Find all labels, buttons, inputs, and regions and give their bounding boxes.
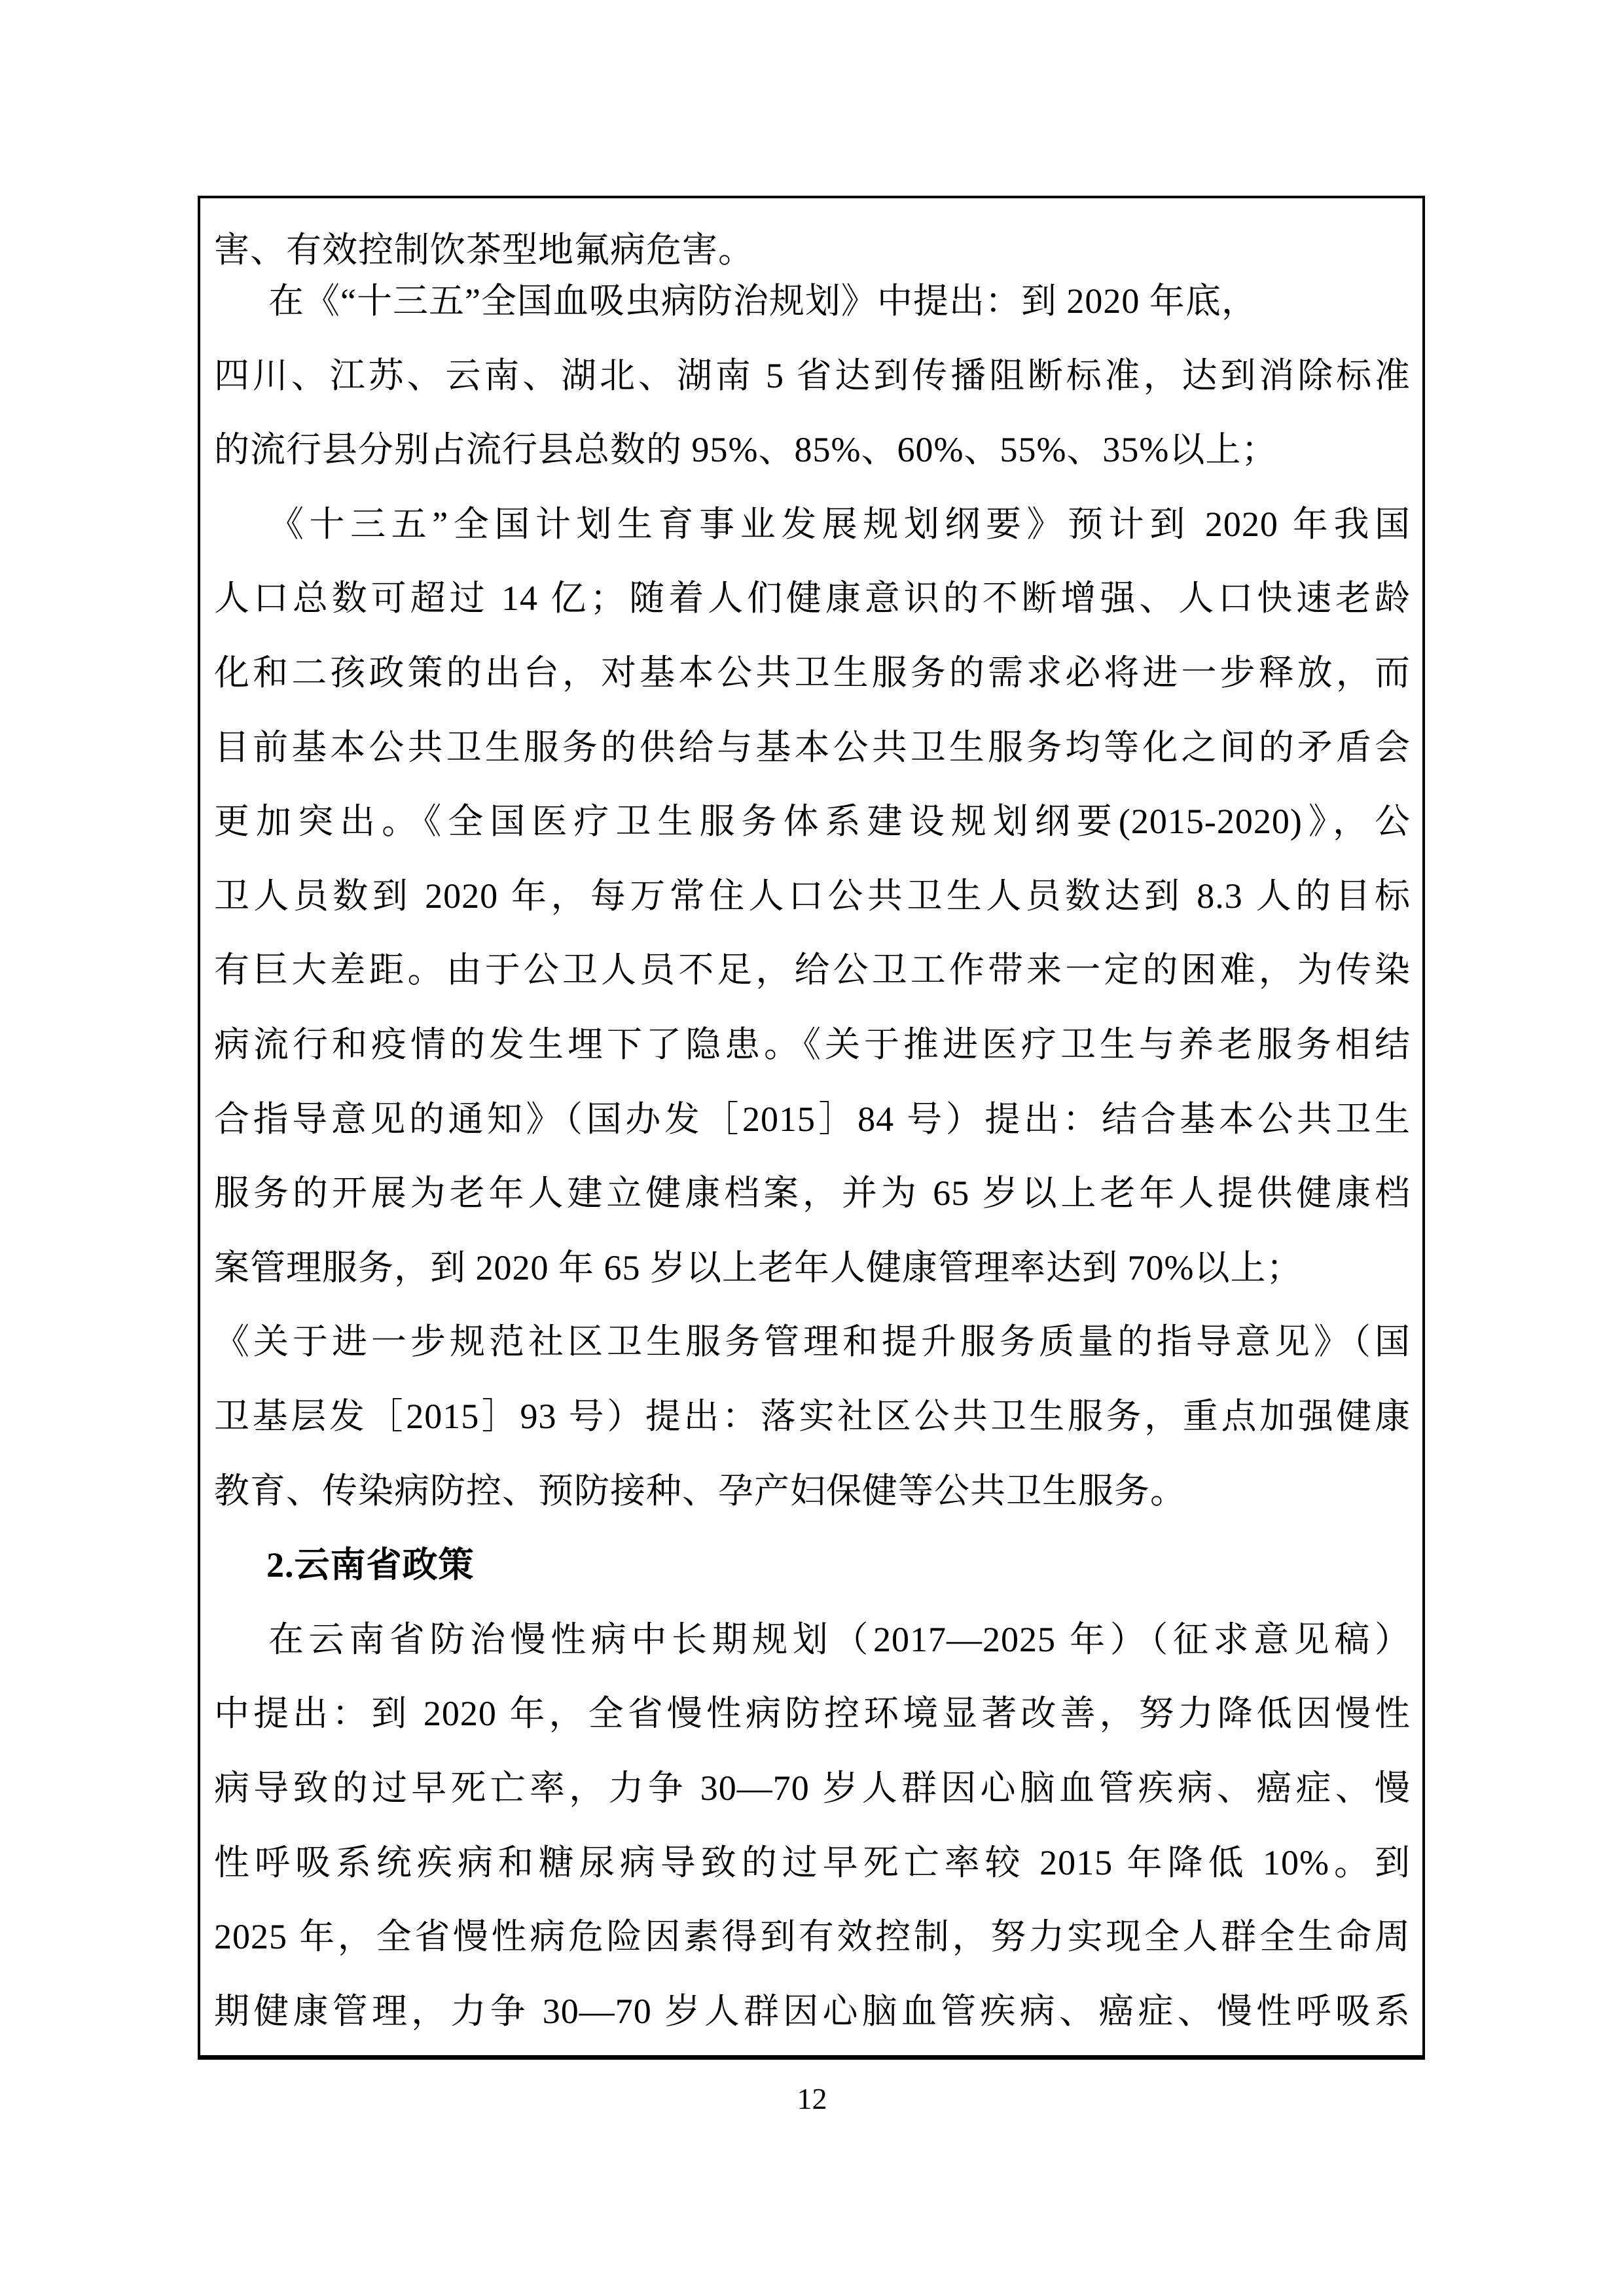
text-line: 更加突出。《全国医疗卫生服务体系建设规划纲要(2015-2020)》，公 xyxy=(214,802,1411,841)
text-line: 性呼吸系统疾病和糖尿病导致的过早死亡率较 2015 年降低 10%。到 xyxy=(214,1843,1411,1882)
text-line: 人口总数可超过 14 亿；随着人们健康意识的不断增强、人口快速老龄 xyxy=(214,579,1411,618)
text-line: 卫基层发［2015］93 号）提出：落实社区公共卫生服务，重点加强健康 xyxy=(214,1397,1411,1436)
text-line: 《十三五”全国计划生育事业发展规划纲要》预计到 2020 年我国 xyxy=(214,505,1411,544)
text-line: 害、有效控制饮茶型地氟病危害。 xyxy=(214,230,1411,270)
section-heading: 2.云南省政策 xyxy=(214,1545,1411,1585)
text-line: 教育、传染病防控、预防接种、孕产妇保健等公共卫生服务。 xyxy=(214,1471,1411,1511)
text-line: 服务的开展为老年人建立健康档案，并为 65 岁以上老年人提供健康档 xyxy=(214,1174,1411,1213)
text-line: 期健康管理，力争 30—70 岁人群因心脑血管疾病、癌症、慢性呼吸系 xyxy=(214,1992,1411,2031)
text-line: 目前基本公共卫生服务的供给与基本公共卫生服务均等化之间的矛盾会 xyxy=(214,728,1411,767)
text-line: 化和二孩政策的出台，对基本公共卫生服务的需求必将进一步释放，而 xyxy=(214,653,1411,692)
text-line: 有巨大差距。由于公卫人员不足，给公卫工作带来一定的困难，为传染 xyxy=(214,950,1411,990)
document-page: 害、有效控制饮茶型地氟病危害。 在《“十三五”全国血吸虫病防治规划》中提出：到 … xyxy=(0,0,1624,2296)
page-number: 12 xyxy=(0,2083,1624,2115)
text-line: 合指导意见的通知》（国办发［2015］84 号）提出：结合基本公共卫生 xyxy=(214,1100,1411,1139)
text-line: 的流行县分别占流行县总数的 95%、85%、60%、55%、35%以上； xyxy=(214,430,1411,469)
text-line: 病导致的过早死亡率，力争 30—70 岁人群因心脑血管疾病、癌症、慢 xyxy=(214,1768,1411,1808)
text-line: 《关于进一步规范社区卫生服务管理和提升服务质量的指导意见》（国 xyxy=(214,1322,1411,1361)
text-line: 四川、江苏、云南、湖北、湖南 5 省达到传播阻断标准，达到消除标准 xyxy=(214,356,1411,395)
text-line: 在《“十三五”全国血吸虫病防治规划》中提出：到 2020 年底， xyxy=(214,281,1411,321)
text-line: 案管理服务，到 2020 年 65 岁以上老年人健康管理率达到 70%以上； xyxy=(214,1248,1411,1287)
text-line: 中提出：到 2020 年，全省慢性病防控环境显著改善，努力降低因慢性 xyxy=(214,1694,1411,1733)
text-line: 2025 年，全省慢性病危险因素得到有效控制，努力实现全人群全生命周 xyxy=(214,1917,1411,1956)
text-line: 病流行和疫情的发生埋下了隐患。《关于推进医疗卫生与养老服务相结 xyxy=(214,1025,1411,1064)
text-line: 卫人员数到 2020 年，每万常住人口公共卫生人员数达到 8.3 人的目标 xyxy=(214,876,1411,916)
document-border-box: 害、有效控制饮茶型地氟病危害。 在《“十三五”全国血吸虫病防治规划》中提出：到 … xyxy=(198,196,1425,2060)
text-line: 在云南省防治慢性病中长期规划（2017—2025 年）（征求意见稿） xyxy=(214,1620,1411,1659)
